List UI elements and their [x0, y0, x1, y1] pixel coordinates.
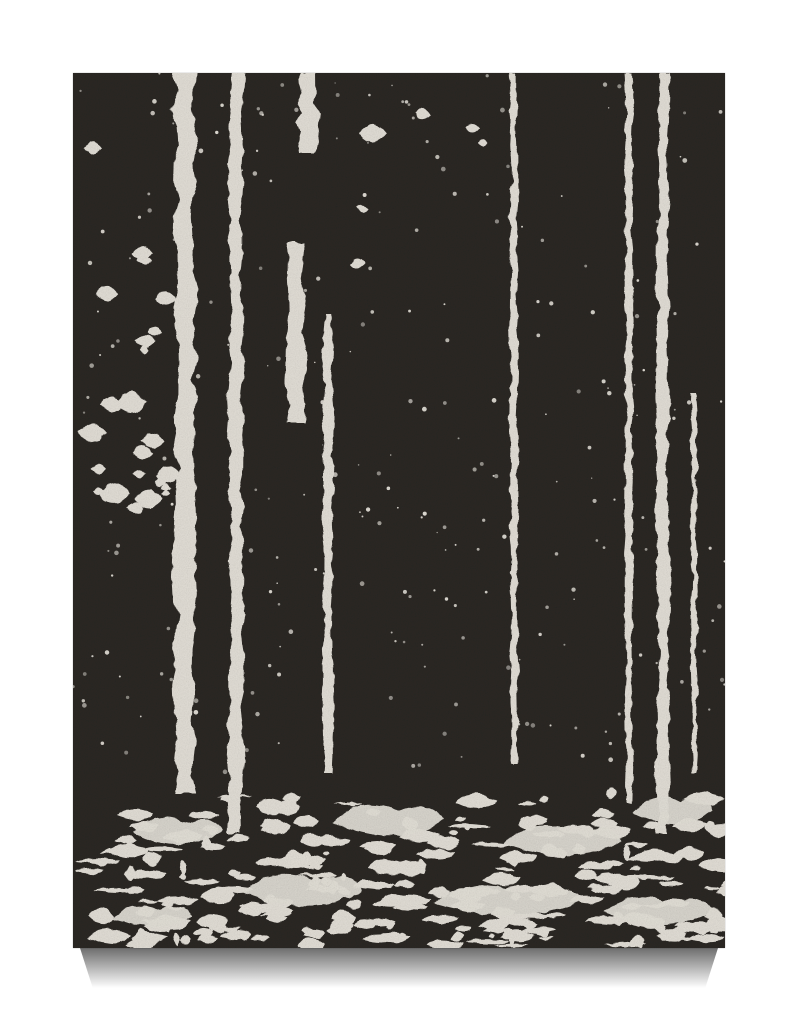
artwork-photo — [0, 0, 799, 1023]
forest-painting — [73, 73, 725, 948]
canvas-drop-shadow — [80, 948, 718, 988]
painting-canvas — [73, 73, 725, 948]
